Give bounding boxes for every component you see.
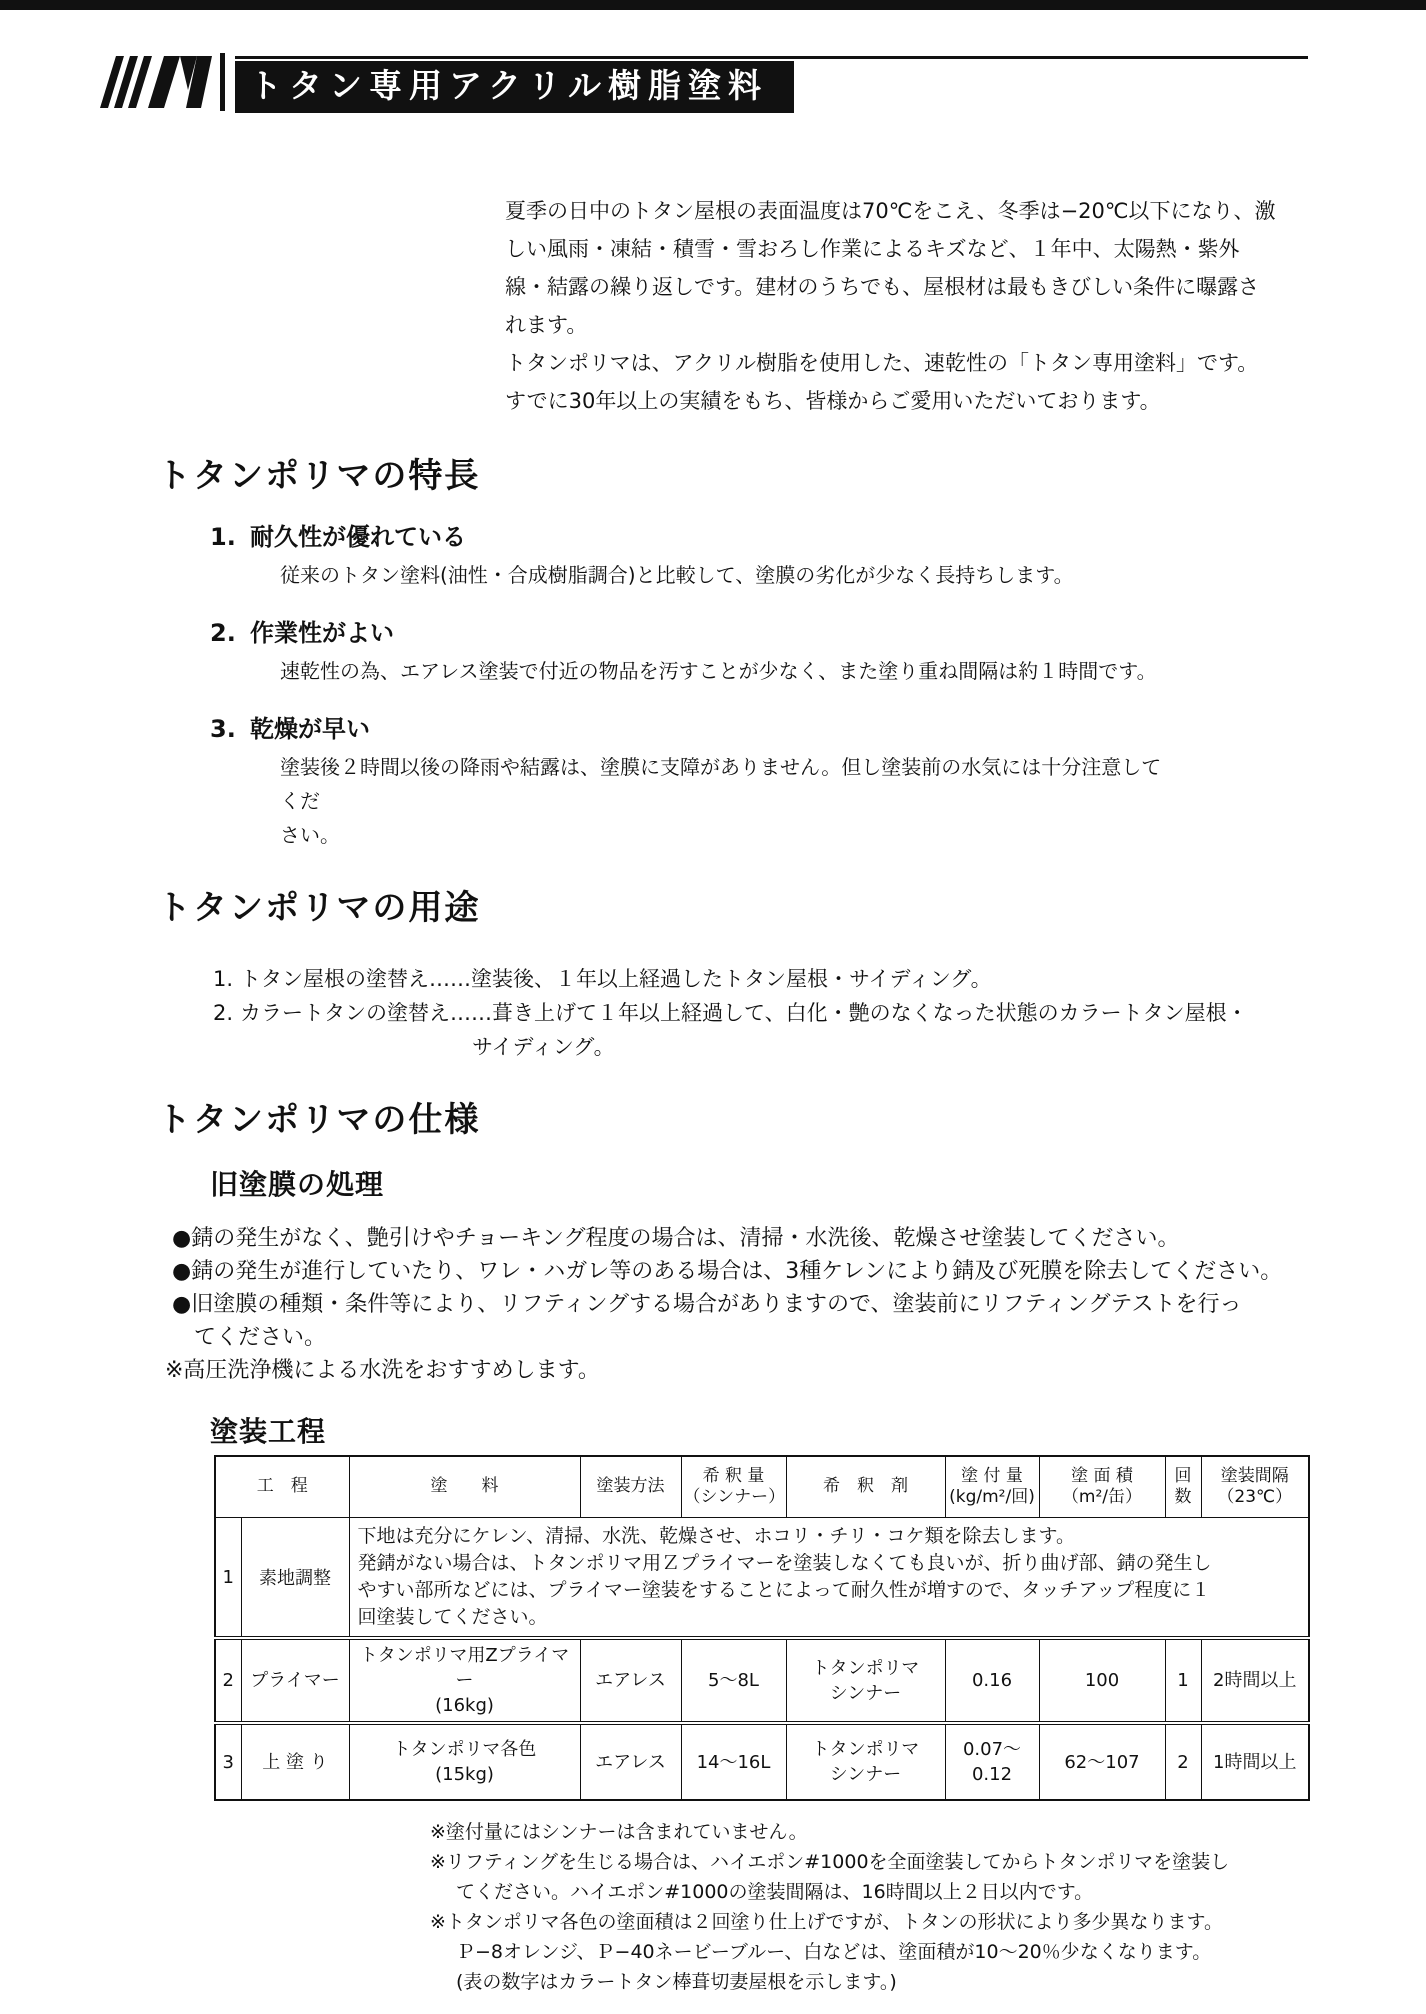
bullet-item: ●錆の発生が進行していたり、ワレ・ハガレ等のある場合は、3種ケレンにより錆及び死… (172, 1255, 1322, 1288)
cell-paint: トタンポリマ各色 (15kg) (349, 1723, 580, 1800)
painting-process-table: 工 程 塗 料 塗装方法 希 釈 量 （シンナー） 希 釈 剤 塗 付 量 (k… (214, 1455, 1310, 1801)
header-divider (220, 53, 225, 111)
feature-item: 3. 乾燥が早い 塗装後２時間以後の降雨や結露は、塗膜に支障がありません。但し塗… (210, 714, 1426, 852)
brand-logo (100, 56, 212, 108)
wash-note: ※高圧洗浄機による水洗をおすすめします。 (165, 1354, 1426, 1387)
cell-method: エアレス (580, 1638, 681, 1723)
use-line-continuation: サイディング。 (472, 1030, 1248, 1064)
table-row-primer: 2 プライマー トタンポリマ用Zプライマー (16kg) エアレス 5～8L ト… (215, 1638, 1309, 1723)
use-number: 1. (213, 962, 240, 996)
use-item: 2. カラートタンの塗替え……葺き上げて１年以上経過して、白化・艶のなくなった状… (213, 996, 1426, 1064)
use-number: 2. (213, 996, 240, 1064)
cell-step-number: 3 (215, 1723, 241, 1800)
cell-method: エアレス (580, 1723, 681, 1800)
spec-heading: トタンポリマの仕様 (157, 1100, 1426, 1140)
bullet-item: ●旧塗膜の種類・条件等により、リフティングする場合がありますので、塗装前にリフテ… (172, 1288, 1322, 1354)
header-diluent: 希 釈 剤 (786, 1456, 945, 1518)
intro-paragraph: 夏季の日中のトタン屋根の表面温度は70℃をこえ、冬季は−20℃以下になり、激 し… (505, 192, 1295, 420)
cell-coverage: 0.16 (945, 1638, 1039, 1723)
cell-step-number: 2 (215, 1638, 241, 1723)
top-black-bar (0, 0, 1426, 10)
cell-paint: トタンポリマ用Zプライマー (16kg) (349, 1638, 580, 1723)
features-list: 1. 耐久性が優れている 従来のトタン塗料(油性・合成樹脂調合)と比較して、塗膜… (0, 522, 1426, 852)
table-row-surface-prep: 1 素地調整 下地は充分にケレン、清掃、水洗、乾燥させ、ホコリ・チリ・コケ類を除… (215, 1518, 1309, 1639)
uses-list: 1. トタン屋根の塗替え……塗装後、１年以上経過したトタン屋根・サイディング。 … (0, 962, 1426, 1064)
document-header: トタン専用アクリル樹脂塗料 (100, 56, 1308, 110)
feature-title: 作業性がよい (250, 618, 394, 648)
feature-number: 1. (210, 522, 250, 552)
table-footnotes: ※塗付量にはシンナーは含まれていません。 ※リフティングを生じる場合は、ハイエポ… (430, 1817, 1426, 1997)
footnote-line: (表の数字はカラートタン棒葺切妻屋根を示します。) (456, 1967, 1426, 1997)
footnote-line: ※トタンポリマ各色の塗面積は２回塗り仕上げですが、トタンの形状により多少異なりま… (430, 1907, 1426, 1937)
feature-body: 速乾性の為、エアレス塗装で付近の物品を汚すことが少なく、また塗り重ね間隔は約１時… (280, 654, 1180, 688)
table-header-row: 工 程 塗 料 塗装方法 希 釈 量 （シンナー） 希 釈 剤 塗 付 量 (k… (215, 1456, 1309, 1518)
use-text: トタン屋根の塗替え……塗装後、１年以上経過したトタン屋根・サイディング。 (240, 962, 992, 996)
cell-step-name: プライマー (241, 1638, 349, 1723)
footnote-line: Ｐ−8オレンジ、Ｐ−40ネービーブルー、白などは、塗面積が10～20％少なくなり… (456, 1937, 1426, 1967)
feature-body: 塗装後２時間以後の降雨や結露は、塗膜に支障がありません。但し塗装前の水気には十分… (280, 750, 1180, 852)
header-dilution: 希 釈 量 （シンナー） (681, 1456, 786, 1518)
feature-title-row: 2. 作業性がよい (210, 618, 1426, 648)
cell-prep-description: 下地は充分にケレン、清掃、水洗、乾燥させ、ホコリ・チリ・コケ類を除去します。 発… (349, 1518, 1309, 1639)
footnote-line: てください。ハイエポン#1000の塗装間隔は、16時間以上２日以内です。 (456, 1877, 1426, 1907)
header-process: 工 程 (215, 1456, 349, 1518)
bullet-item: ●錆の発生がなく、艶引けやチョーキング程度の場合は、清掃・水洗後、乾燥させ塗装し… (172, 1222, 1322, 1255)
use-item: 1. トタン屋根の塗替え……塗装後、１年以上経過したトタン屋根・サイディング。 (213, 962, 1426, 996)
cell-interval: 1時間以上 (1201, 1723, 1309, 1800)
old-film-bullets: ●錆の発生がなく、艶引けやチョーキング程度の場合は、清掃・水洗後、乾燥させ塗装し… (172, 1222, 1322, 1354)
header-method: 塗装方法 (580, 1456, 681, 1518)
feature-number: 3. (210, 714, 250, 744)
feature-title: 耐久性が優れている (250, 522, 466, 552)
footnote-line: ※リフティングを生じる場合は、ハイエポン#1000を全面塗装してからトタンポリマ… (430, 1847, 1426, 1877)
cell-step-name: 素地調整 (241, 1518, 349, 1639)
feature-title-row: 3. 乾燥が早い (210, 714, 1426, 744)
use-text: カラートタンの塗替え……葺き上げて１年以上経過して、白化・艶のなくなった状態のカ… (240, 996, 1248, 1064)
feature-title-row: 1. 耐久性が優れている (210, 522, 1426, 552)
cell-dilution: 14～16L (681, 1723, 786, 1800)
diagonal-stripes-m-logo-icon (100, 56, 212, 108)
header-interval: 塗装間隔 （23℃） (1201, 1456, 1309, 1518)
section-uses: トタンポリマの用途 1. トタン屋根の塗替え……塗装後、１年以上経過したトタン屋… (0, 888, 1426, 1064)
cell-step-name: 上 塗 り (241, 1723, 349, 1800)
header-paint: 塗 料 (349, 1456, 580, 1518)
cell-step-number: 1 (215, 1518, 241, 1639)
footnote-line: ※塗付量にはシンナーは含まれていません。 (430, 1817, 1426, 1847)
header-coats: 回 数 (1165, 1456, 1201, 1518)
cell-diluent: トタンポリマ シンナー (786, 1638, 945, 1723)
cell-dilution: 5～8L (681, 1638, 786, 1723)
header-coverage: 塗 付 量 (kg/m²/回) (945, 1456, 1039, 1518)
uses-heading: トタンポリマの用途 (157, 888, 1426, 928)
title-rule: トタン専用アクリル樹脂塗料 (235, 56, 1308, 135)
table-row-topcoat: 3 上 塗 り トタンポリマ各色 (15kg) エアレス 14～16L トタンポ… (215, 1723, 1309, 1800)
cell-coverage: 0.07～0.12 (945, 1723, 1039, 1800)
feature-title: 乾燥が早い (250, 714, 370, 744)
process-heading: 塗装工程 (210, 1417, 1426, 1447)
old-film-heading: 旧塗膜の処理 (210, 1170, 1426, 1200)
section-spec: トタンポリマの仕様 旧塗膜の処理 ●錆の発生がなく、艶引けやチョーキング程度の場… (0, 1100, 1426, 1997)
cell-area: 62～107 (1039, 1723, 1165, 1800)
cell-diluent: トタンポリマ シンナー (786, 1723, 945, 1800)
use-line: カラートタンの塗替え……葺き上げて１年以上経過して、白化・艶のなくなった状態のカ… (240, 996, 1248, 1030)
feature-number: 2. (210, 618, 250, 648)
feature-item: 2. 作業性がよい 速乾性の為、エアレス塗装で付近の物品を汚すことが少なく、また… (210, 618, 1426, 688)
cell-coats: 1 (1165, 1638, 1201, 1723)
cell-area: 100 (1039, 1638, 1165, 1723)
page-title: トタン専用アクリル樹脂塗料 (235, 61, 794, 113)
section-features: トタンポリマの特長 1. 耐久性が優れている 従来のトタン塗料(油性・合成樹脂調… (0, 456, 1426, 852)
feature-body: 従来のトタン塗料(油性・合成樹脂調合)と比較して、塗膜の劣化が少なく長持ちします… (280, 558, 1180, 592)
cell-coats: 2 (1165, 1723, 1201, 1800)
cell-interval: 2時間以上 (1201, 1638, 1309, 1723)
header-area: 塗 面 積 （m²/缶） (1039, 1456, 1165, 1518)
document-page: トタン専用アクリル樹脂塗料 夏季の日中のトタン屋根の表面温度は70℃をこえ、冬季… (0, 0, 1426, 2014)
use-line: トタン屋根の塗替え……塗装後、１年以上経過したトタン屋根・サイディング。 (240, 962, 992, 996)
features-heading: トタンポリマの特長 (157, 456, 1426, 496)
feature-item: 1. 耐久性が優れている 従来のトタン塗料(油性・合成樹脂調合)と比較して、塗膜… (210, 522, 1426, 592)
